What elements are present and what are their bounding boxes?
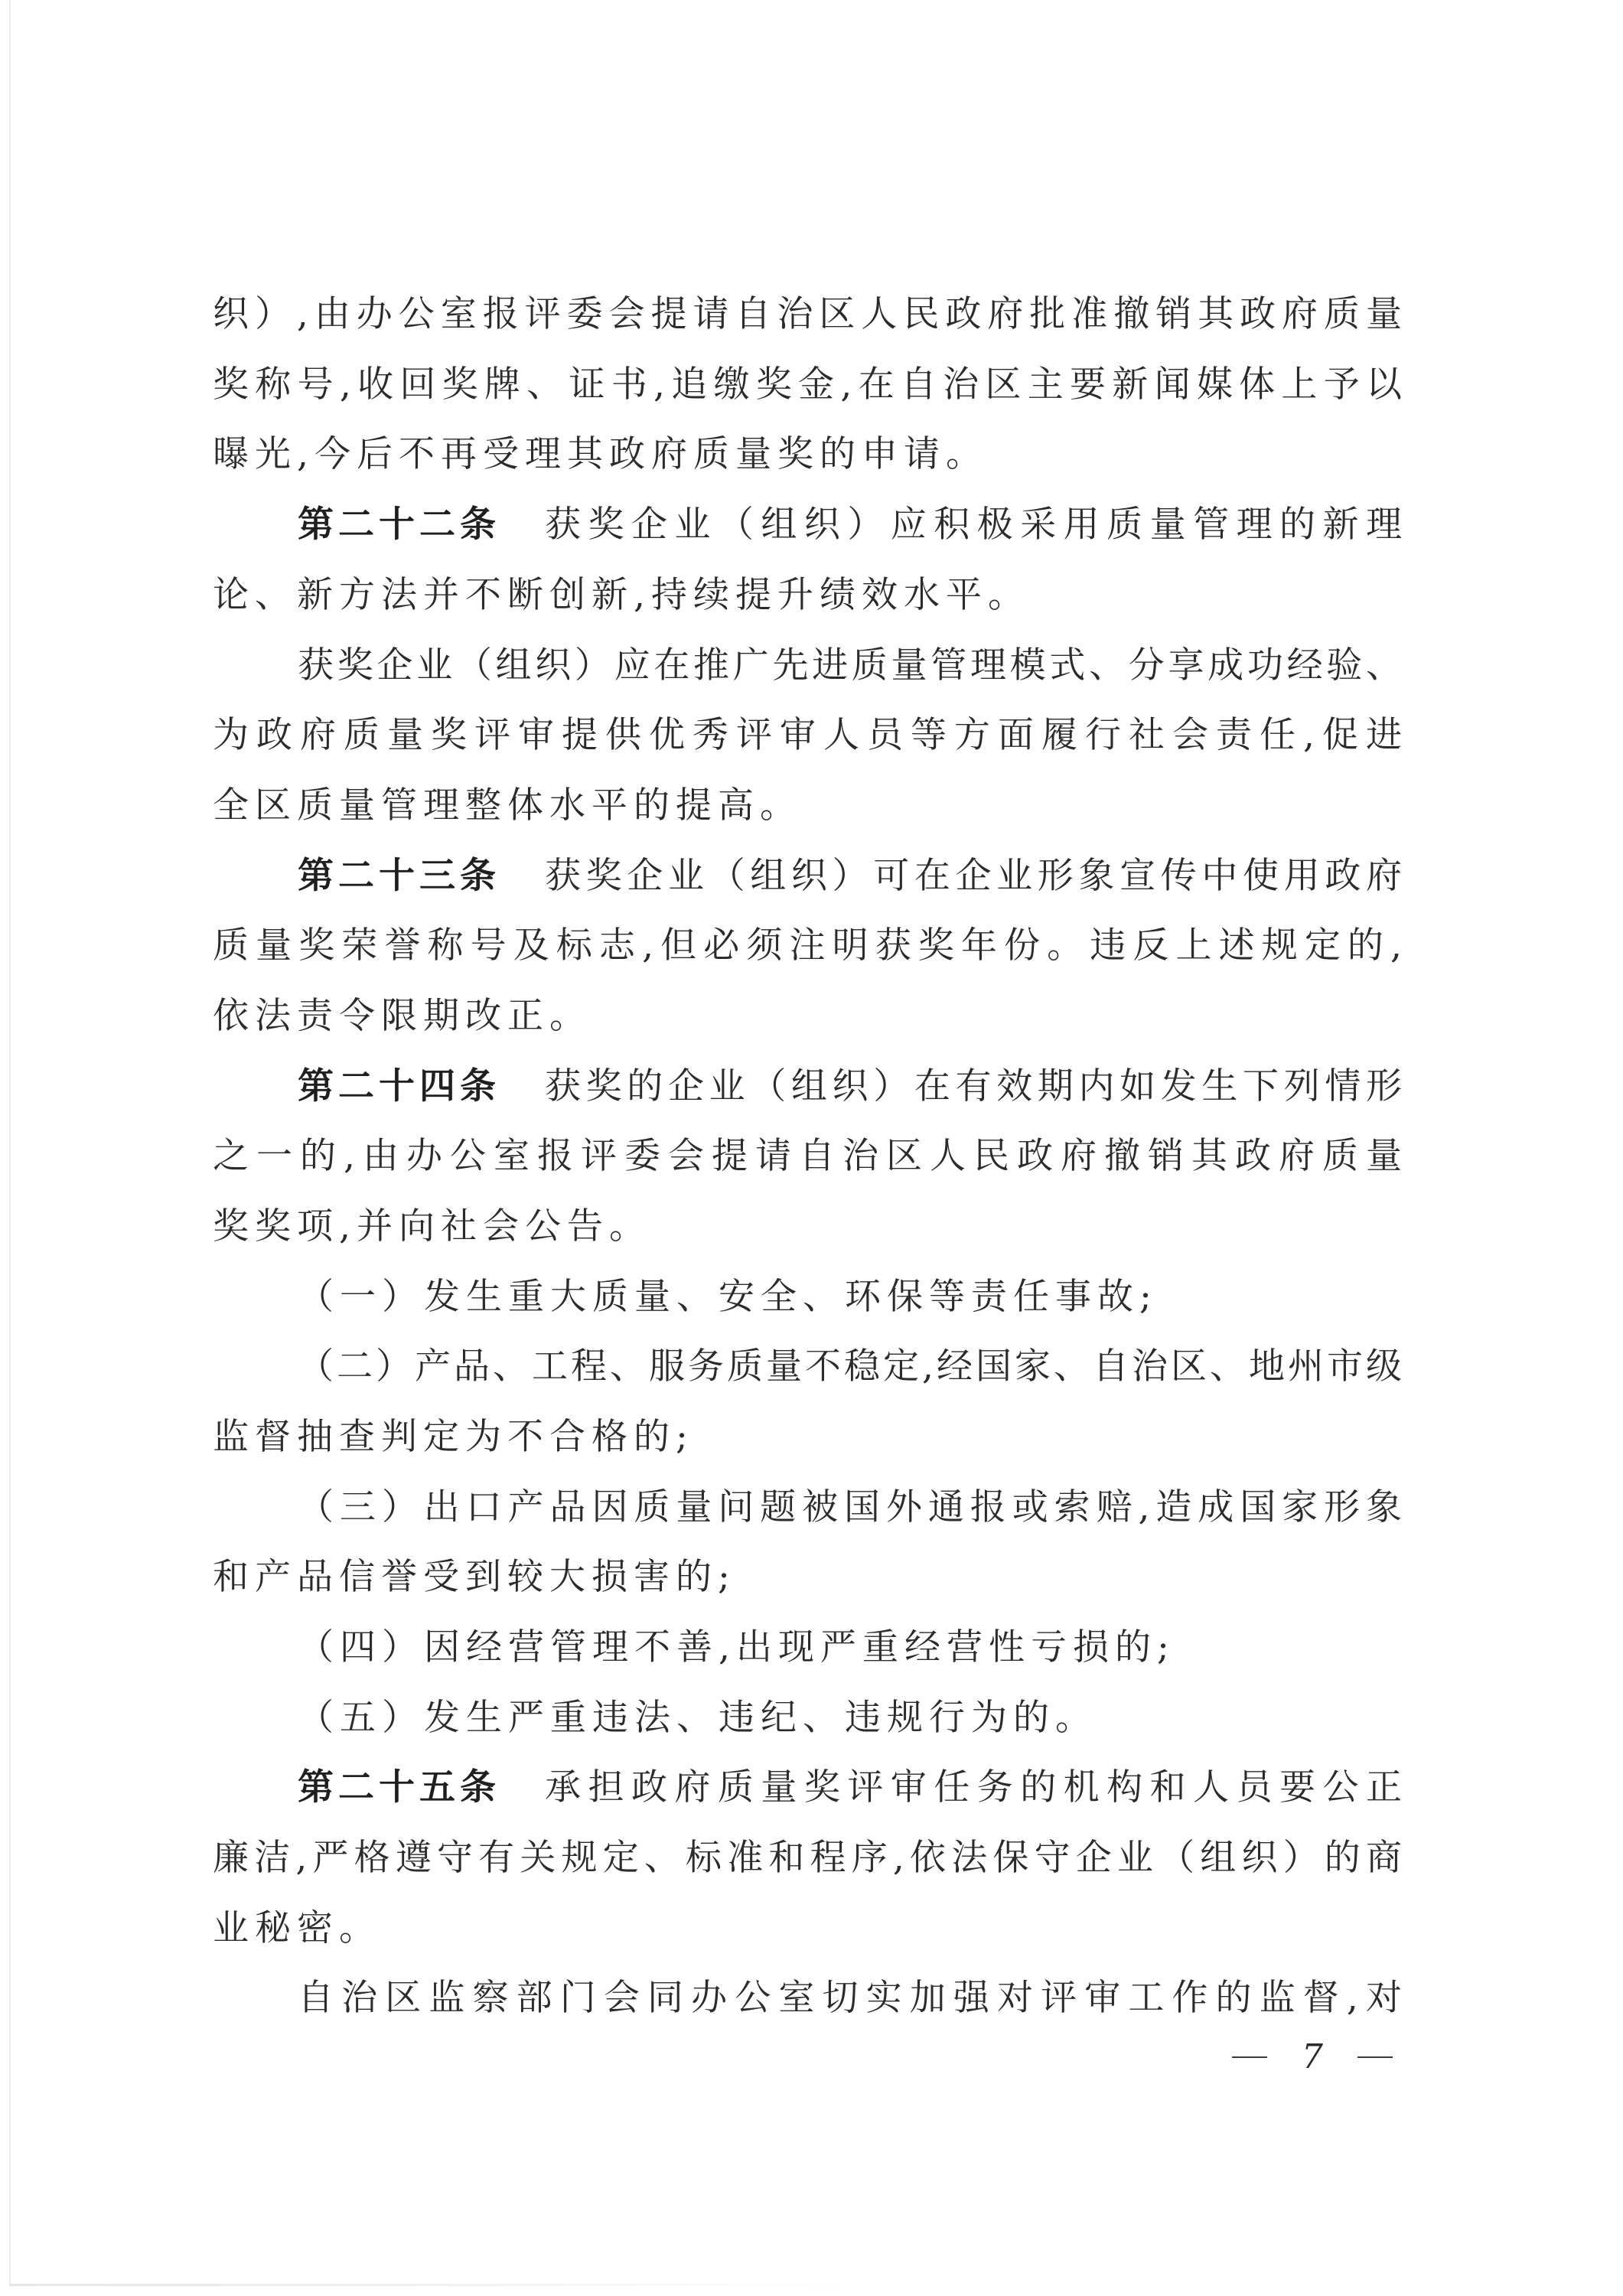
article-24-first-line: 第二十四条 获奖的企业（组织）在有效期内如发生下列情形 xyxy=(298,1064,1402,1110)
article-23-first-line: 第二十三条 获奖企业（组织）可在企业形象宣传中使用政府 xyxy=(298,853,1402,899)
article-25-first-line: 第二十五条 承担政府质量奖评审任务的机构和人员要公正 xyxy=(298,1765,1402,1811)
text-line: 之一的,由办公室报评委会提请自治区人民政府撤销其政府质量 xyxy=(213,1133,1402,1179)
article-text: 获奖的企业（组织）在有效期内如发生下列情形 xyxy=(545,1064,1402,1110)
list-item-3: （三）出口产品因质量问题被国外通报或索赔,造成国家形象 xyxy=(298,1485,1402,1531)
text-line: 和产品信誉受到较大损害的; xyxy=(213,1554,1402,1600)
text-line: 奖奖项,并向社会公告。 xyxy=(213,1204,1402,1250)
text-line: 曝光,今后不再受理其政府质量奖的申请。 xyxy=(213,432,1402,478)
page-number: 7 xyxy=(1232,2036,1393,2079)
article-heading-25: 第二十五条 xyxy=(298,1765,500,1811)
list-item-4: （四）因经营管理不善,出现严重经营性亏损的; xyxy=(298,1625,1402,1671)
list-item-2: （二）产品、工程、服务质量不稳定,经国家、自治区、地州市级 xyxy=(298,1344,1402,1390)
article-text: 承担政府质量奖评审任务的机构和人员要公正 xyxy=(545,1765,1402,1811)
text-line: 为政府质量奖评审提供优秀评审人员等方面履行社会责任,促进 xyxy=(213,713,1402,758)
text-line: 质量奖荣誉称号及标志,但必须注明获奖年份。违反上述规定的, xyxy=(213,923,1402,969)
text-line: 奖称号,收回奖牌、证书,追缴奖金,在自治区主要新闻媒体上予以 xyxy=(213,362,1402,408)
article-text: 获奖企业（组织）应积极采用质量管理的新理 xyxy=(545,502,1402,548)
article-text: 获奖企业（组织）可在企业形象宣传中使用政府 xyxy=(545,853,1402,899)
scan-edge-line xyxy=(9,0,11,2285)
text-line: 织）,由办公室报评委会提请自治区人民政府批准撤销其政府质量 xyxy=(213,292,1402,338)
paragraph-first-line: 获奖企业（组织）应在推广先进质量管理模式、分享成功经验、 xyxy=(298,643,1402,689)
paragraph-first-line: 自治区监察部门会同办公室切实加强对评审工作的监督,对 xyxy=(298,1975,1402,2021)
text-line: 监督抽查判定为不合格的; xyxy=(213,1414,1402,1460)
text-line: 依法责令限期改正。 xyxy=(213,993,1402,1039)
document-page: 织）,由办公室报评委会提请自治区人民政府批准撤销其政府质量 奖称号,收回奖牌、证… xyxy=(0,0,1623,2296)
list-item-5: （五）发生严重违法、违纪、违规行为的。 xyxy=(298,1695,1402,1741)
page-number-dash-right xyxy=(1357,2056,1393,2058)
text-line: 论、新方法并不断创新,持续提升绩效水平。 xyxy=(213,572,1402,618)
list-item-1: （一）发生重大质量、安全、环保等责任事故; xyxy=(298,1274,1402,1320)
body-text: 织）,由办公室报评委会提请自治区人民政府批准撤销其政府质量 奖称号,收回奖牌、证… xyxy=(213,0,1402,2296)
text-line: 廉洁,严格遵守有关规定、标准和程序,依法保守企业（组织）的商 xyxy=(213,1835,1402,1881)
text-line: 业秘密。 xyxy=(213,1906,1402,1952)
text-line: 全区质量管理整体水平的提高。 xyxy=(213,783,1402,829)
article-heading-23: 第二十三条 xyxy=(298,853,500,899)
article-heading-22: 第二十二条 xyxy=(298,502,500,548)
article-heading-24: 第二十四条 xyxy=(298,1064,500,1110)
page-number-dash-left xyxy=(1232,2056,1267,2058)
page-number-value: 7 xyxy=(1302,2036,1323,2079)
article-22-first-line: 第二十二条 获奖企业（组织）应积极采用质量管理的新理 xyxy=(298,502,1402,548)
